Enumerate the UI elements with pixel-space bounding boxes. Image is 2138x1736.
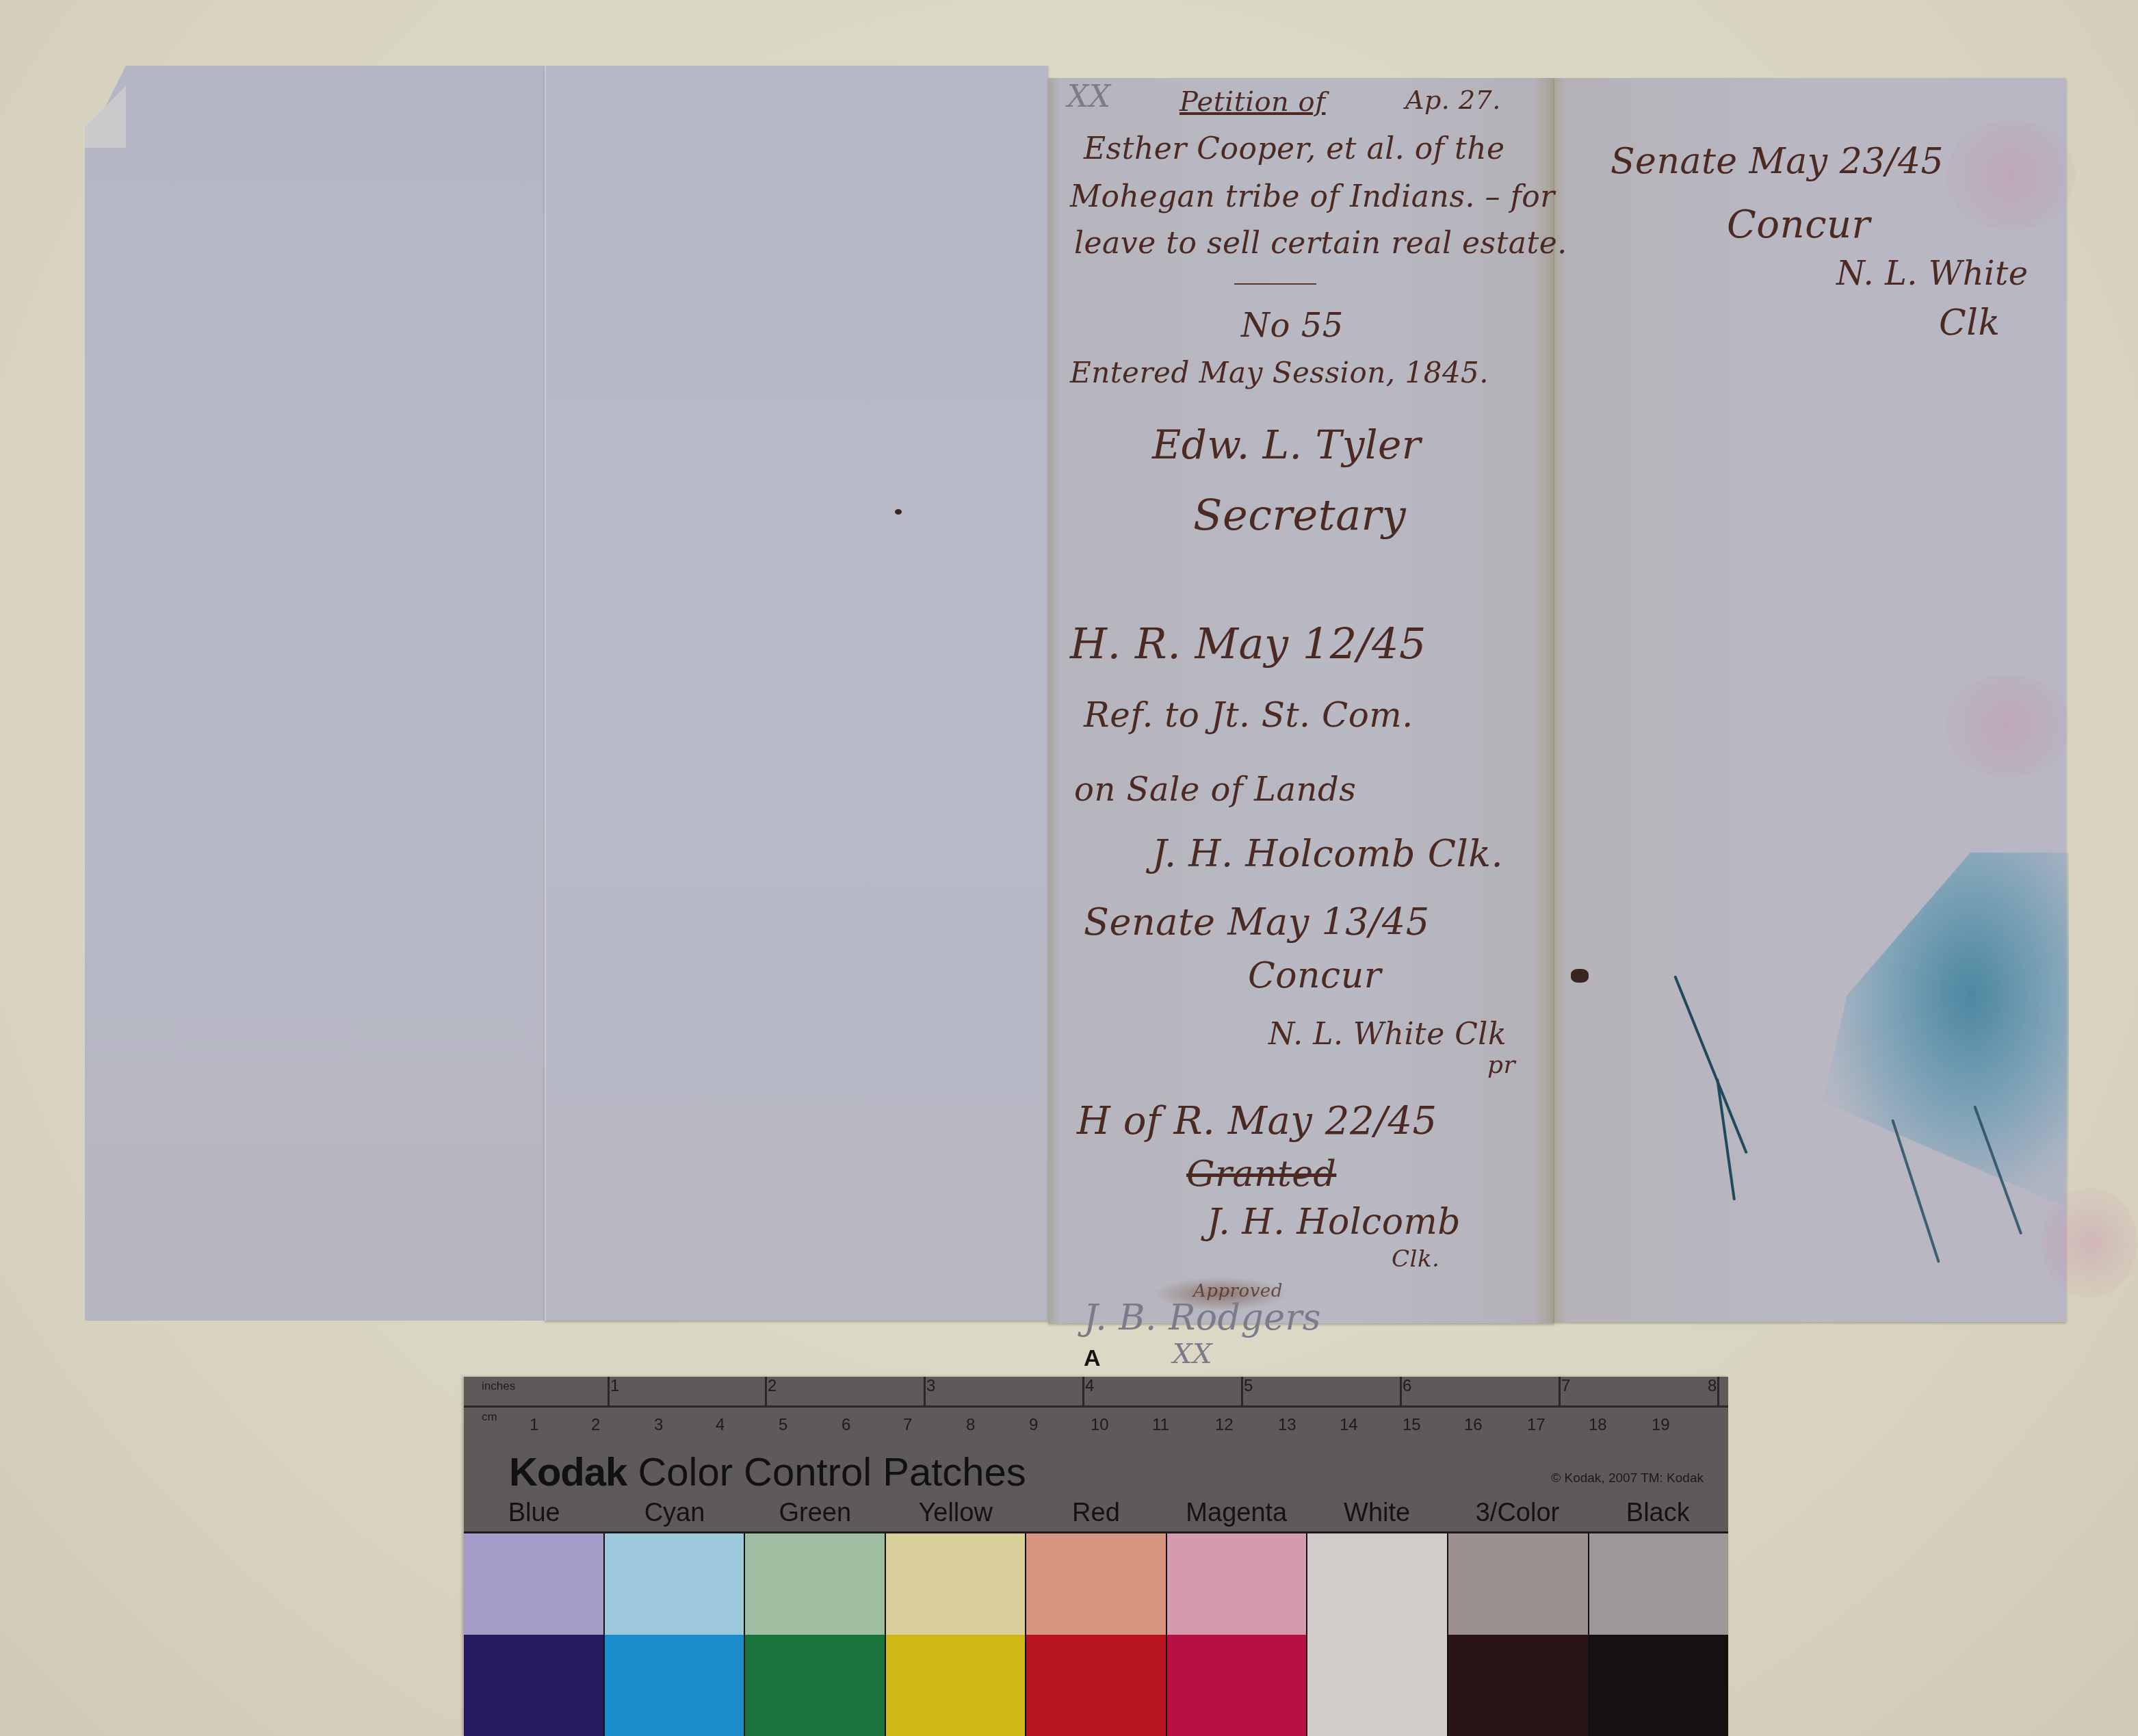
kodak-logo-title: Kodak Color Control Patches <box>509 1449 1026 1495</box>
cm-tick-label: 14 <box>1340 1416 1358 1435</box>
inch-tick-label: 6 <box>1403 1377 1411 1396</box>
patch-swatch-dark <box>1167 1635 1307 1736</box>
cm-tick-label: 13 <box>1278 1416 1296 1435</box>
patch-label-red: Red <box>1026 1499 1166 1526</box>
inch-tick-label: 1 <box>610 1377 619 1396</box>
clerk-suffix-2: Clk. <box>1392 1245 1439 1273</box>
patch-3color <box>1448 1533 1589 1736</box>
inch-tick-label: 2 <box>768 1377 777 1396</box>
patch-label-white: White <box>1307 1499 1447 1526</box>
inch-tick-label: 5 <box>1244 1377 1253 1396</box>
patch-magenta <box>1167 1533 1308 1736</box>
patch-swatch-dark <box>464 1635 603 1736</box>
patch-swatch-light <box>1167 1533 1307 1635</box>
inch-tick-label: 3 <box>926 1377 935 1396</box>
senate-clerk-1: N. L. White Clk <box>1268 1017 1507 1052</box>
cm-tick-label: 16 <box>1464 1416 1483 1435</box>
cm-tick-label: 12 <box>1215 1416 1234 1435</box>
governor-signature: J. B. Rodgers <box>1084 1297 1321 1338</box>
cm-tick-label: 19 <box>1652 1416 1670 1435</box>
patch-swatch-dark <box>1448 1635 1588 1736</box>
patch-blue <box>464 1533 605 1736</box>
document-panel-1 <box>85 66 545 1321</box>
cm-unit-label: cm <box>482 1410 497 1424</box>
secretary-signature: Edw. L. Tyler <box>1152 422 1421 468</box>
patch-swatch-light <box>605 1533 744 1635</box>
senate-clerk-2-suffix: Clk <box>1939 302 2000 344</box>
patch-swatch-light <box>1026 1533 1166 1635</box>
kodak-brand: Kodak <box>509 1450 627 1494</box>
senate-clerk-1-suffix: pr <box>1487 1051 1515 1079</box>
ink-blot <box>1571 969 1589 983</box>
entered-session: Entered May Session, 1845. <box>1070 356 1489 389</box>
patch-green <box>745 1533 886 1736</box>
patch-label-green: Green <box>745 1499 885 1526</box>
concur-1: Concur <box>1248 955 1381 996</box>
ink-speck <box>895 509 902 515</box>
docket-body-line-1: Esther Cooper, et al. of the <box>1084 131 1505 166</box>
patch-swatch-dark <box>745 1635 885 1736</box>
cm-tick-label: 18 <box>1589 1416 1607 1435</box>
house-entry-1: H. R. May 12/45 <box>1070 619 1426 669</box>
referral: Ref. to Jt. St. Com. <box>1084 695 1413 735</box>
cm-tick-label: 6 <box>842 1416 850 1435</box>
clerk-signature-2: J. H. Holcomb <box>1207 1202 1461 1243</box>
patch-swatch-dark <box>605 1635 744 1736</box>
folded-document: XX Petition of Ap. 27. Esther Cooper, et… <box>85 66 2066 1321</box>
patch-swatch-dark <box>1589 1635 1729 1736</box>
patch-swatch-light <box>464 1533 603 1635</box>
referral-subject: on Sale of Lands <box>1074 770 1356 809</box>
senate-entry-1: Senate May 13/45 <box>1084 901 1430 944</box>
granted: Granted <box>1186 1154 1336 1195</box>
senate-clerk-2: N. L. White <box>1836 255 2029 293</box>
marker-a: A <box>1084 1345 1101 1372</box>
cm-tick-label: 1 <box>530 1416 538 1435</box>
docket-body-line-2: Mohegan tribe of Indians. – for <box>1070 179 1555 214</box>
patch-white <box>1307 1533 1448 1736</box>
patch-swatch-dark <box>1026 1635 1166 1736</box>
patch-label-blue: Blue <box>464 1499 604 1526</box>
pink-stain-top <box>1946 120 2076 230</box>
cm-tick-label: 10 <box>1091 1416 1109 1435</box>
inch-tick-label: 7 <box>1561 1377 1570 1396</box>
patch-cyan <box>605 1533 746 1736</box>
divider-line <box>1234 283 1316 285</box>
inch-tick-label: 8 <box>1708 1377 1717 1396</box>
senate-entry-2: Senate May 23/45 <box>1611 141 1944 182</box>
cm-tick-label: 7 <box>903 1416 912 1435</box>
corner-mark: XX <box>1067 79 1111 114</box>
inch-ruler: inches 1 2 3 4 5 6 7 8 <box>464 1377 1728 1408</box>
color-patches <box>464 1531 1728 1736</box>
docket-date-ref: Ap. 27. <box>1405 85 1501 115</box>
inch-unit-label: inches <box>482 1379 515 1393</box>
bottom-mark: XX <box>1173 1338 1212 1370</box>
cm-tick-label: 2 <box>591 1416 600 1435</box>
pink-stain-bottom <box>2042 1188 2137 1297</box>
patch-swatch-light <box>886 1533 1026 1635</box>
copyright-notice: © Kodak, 2007 TM: Kodak <box>1551 1471 1704 1486</box>
clerk-signature-1: J. H. Holcomb Clk. <box>1152 832 1503 875</box>
cm-tick-label: 15 <box>1403 1416 1421 1435</box>
patch-swatch-light <box>745 1533 885 1635</box>
patch-label-magenta: Magenta <box>1166 1499 1307 1526</box>
docket-number: No 55 <box>1241 307 1344 345</box>
concur-2: Concur <box>1727 203 1870 247</box>
patch-swatch <box>1307 1533 1447 1736</box>
cm-tick-label: 3 <box>654 1416 663 1435</box>
patch-black <box>1589 1533 1729 1736</box>
kodak-color-card: inches 1 2 3 4 5 6 7 8 cm 1 2 3 4 5 6 7 … <box>464 1377 1728 1736</box>
cm-tick-label: 8 <box>966 1416 975 1435</box>
patch-label-3color: 3/Color <box>1447 1499 1587 1526</box>
patch-label-cyan: Cyan <box>604 1499 744 1526</box>
docket-body-line-3: leave to sell certain real estate. <box>1074 226 1567 261</box>
house-entry-2: H of R. May 22/45 <box>1077 1099 1437 1143</box>
document-panel-2 <box>545 66 1048 1321</box>
cm-tick-label: 11 <box>1152 1416 1169 1435</box>
inch-tick-label: 4 <box>1085 1377 1094 1396</box>
patch-swatch-light <box>1448 1533 1588 1635</box>
cm-ruler: cm 1 2 3 4 5 6 7 8 9 10 11 12 13 14 15 1… <box>464 1408 1728 1435</box>
patch-swatch-light <box>1589 1533 1729 1635</box>
patch-red <box>1026 1533 1167 1736</box>
cm-tick-label: 17 <box>1527 1416 1546 1435</box>
cm-tick-label: 9 <box>1029 1416 1038 1435</box>
card-title: Color Control Patches <box>638 1450 1026 1494</box>
cm-tick-label: 5 <box>779 1416 787 1435</box>
patch-label-yellow: Yellow <box>885 1499 1026 1526</box>
patch-yellow <box>886 1533 1027 1736</box>
secretary-title: Secretary <box>1193 490 1406 540</box>
patch-label-black: Black <box>1588 1499 1728 1526</box>
pink-stain-middle <box>1946 675 2069 777</box>
fold-crease <box>545 66 546 1321</box>
docket-title: Petition of <box>1179 86 1325 118</box>
folded-corner <box>85 66 126 148</box>
patch-labels: Blue Cyan Green Yellow Red Magenta White… <box>464 1499 1728 1526</box>
cm-tick-label: 4 <box>716 1416 725 1435</box>
patch-swatch-dark <box>886 1635 1026 1736</box>
